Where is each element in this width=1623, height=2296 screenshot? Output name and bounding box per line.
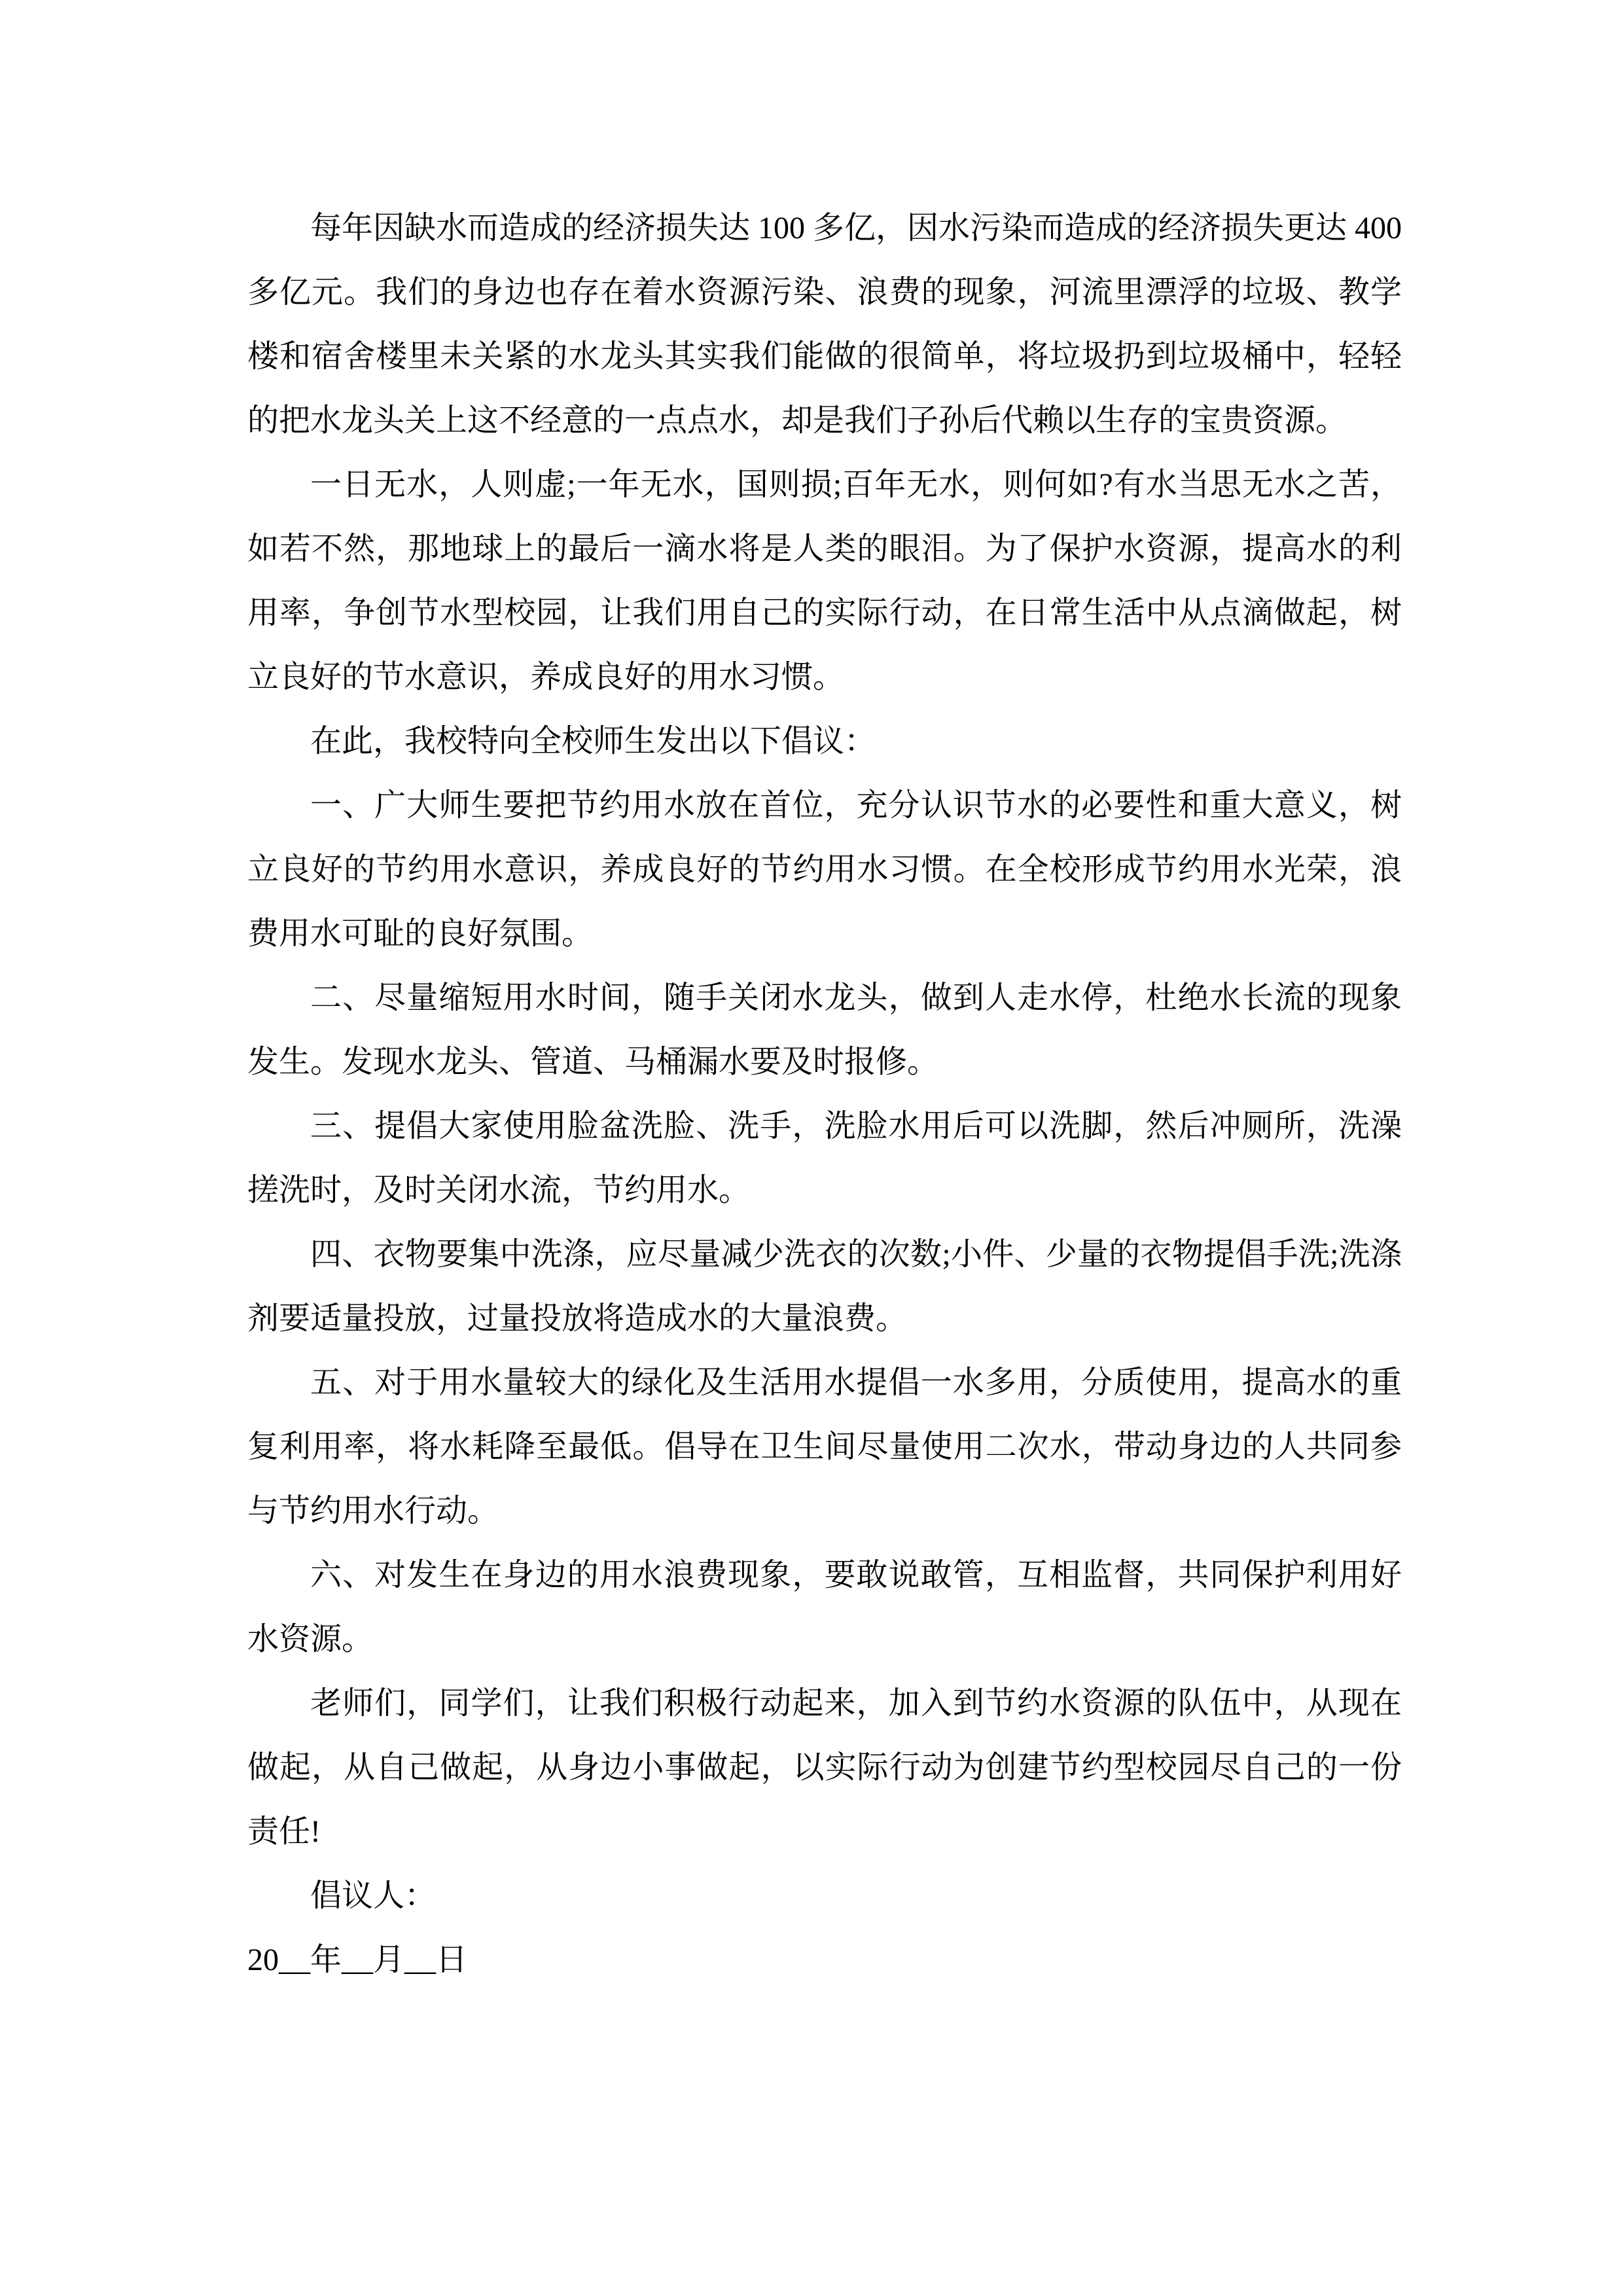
document-text: 每年因缺水而造成的经济损失达 100 多亿，因水污染而造成的经济损失更达 400… <box>247 196 1402 1992</box>
paragraph: 每年因缺水而造成的经济损失达 100 多亿，因水污染而造成的经济损失更达 400… <box>247 196 1402 453</box>
paragraph: 二、尽量缩短用水时间，随手关闭水龙头，做到人走水停，杜绝水长流的现象发生。发现水… <box>247 966 1402 1094</box>
paragraph: 倡议人： <box>247 1864 1402 1928</box>
paragraph: 老师们，同学们，让我们积极行动起来，加入到节约水资源的队伍中，从现在做起，从自己… <box>247 1672 1402 1864</box>
document-page: 每年因缺水而造成的经济损失达 100 多亿，因水污染而造成的经济损失更达 400… <box>0 0 1623 2296</box>
paragraph: 五、对于用水量较大的绿化及生活用水提倡一水多用，分质使用，提高水的重复利用率，将… <box>247 1351 1402 1543</box>
paragraph: 四、衣物要集中洗涤，应尽量减少洗衣的次数;小件、少量的衣物提倡手洗;洗涤剂要适量… <box>247 1223 1402 1351</box>
paragraph: 在此，我校特向全校师生发出以下倡议： <box>247 709 1402 774</box>
paragraph: 一、广大师生要把节约用水放在首位，充分认识节水的必要性和重大意义，树立良好的节约… <box>247 774 1402 966</box>
paragraph: 三、提倡大家使用脸盆洗脸、洗手，洗脸水用后可以洗脚，然后冲厕所，洗澡搓洗时，及时… <box>247 1094 1402 1223</box>
paragraph: 一日无水，人则虚;一年无水，国则损;百年无水，则何如?有水当思无水之苦，如若不然… <box>247 453 1402 709</box>
paragraph: 20__年__月__日 <box>247 1928 1402 1992</box>
paragraph: 六、对发生在身边的用水浪费现象，要敢说敢管，互相监督，共同保护利用好水资源。 <box>247 1543 1402 1672</box>
